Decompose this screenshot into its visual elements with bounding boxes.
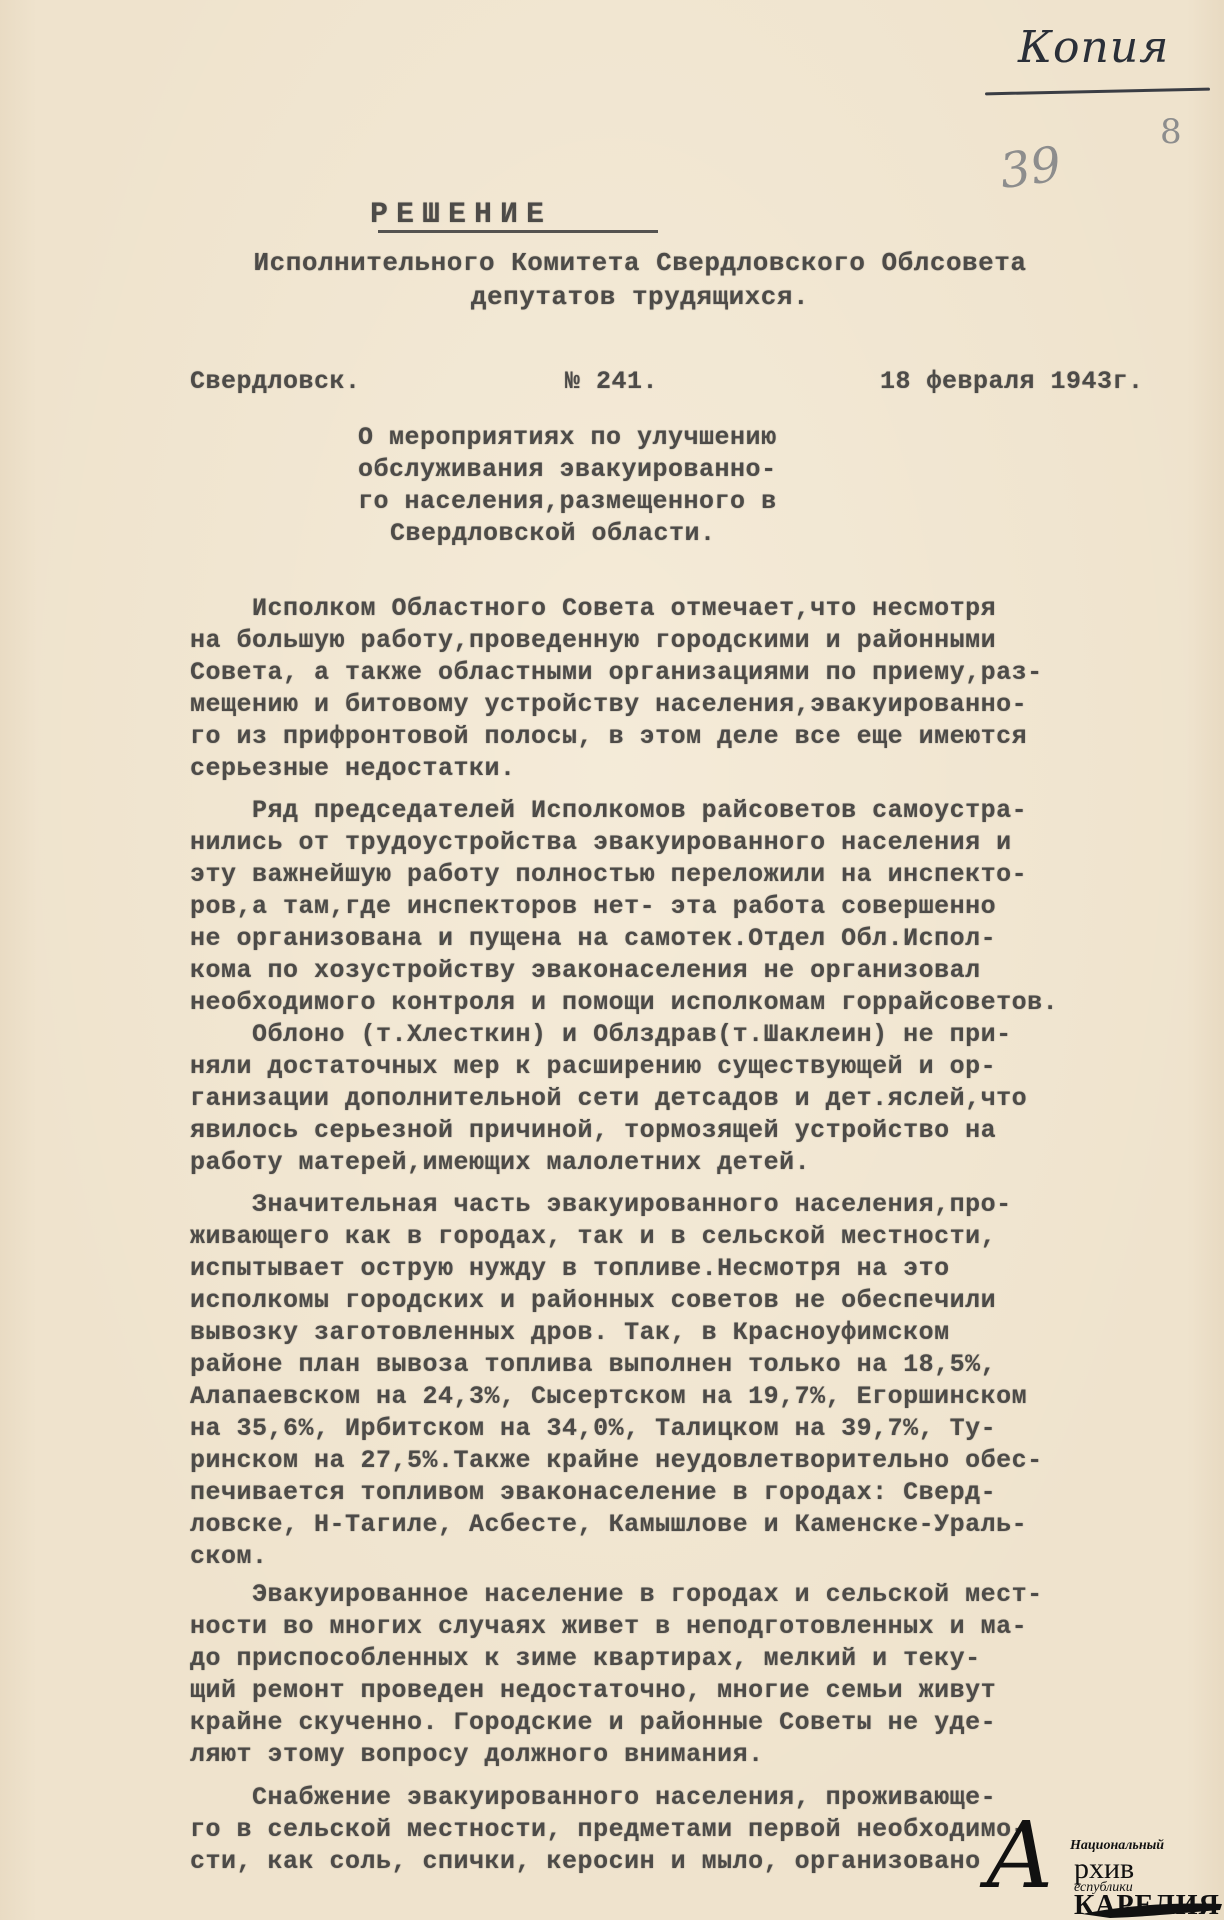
- body-line: Эвакуированное население в городах и сел…: [190, 1580, 1043, 1609]
- body-line: ловске, Н-Тагиле, Асбесте, Камышлове и К…: [190, 1510, 1027, 1539]
- body-line: работу матерей,имеющих малолетних детей.: [190, 1148, 810, 1177]
- body-line: ляют этому вопросу должного внимания.: [190, 1740, 764, 1769]
- body-line: щий ремонт проведен недостаточно, многие…: [190, 1676, 996, 1705]
- title-underline: [378, 230, 658, 233]
- body-line: на 35,6%, Ирбитском на 34,0%, Талицком н…: [190, 1414, 996, 1443]
- body-line: до приспособленных к зиме квартирах, мел…: [190, 1644, 981, 1673]
- subject-line: О мероприятиях по улучшению: [358, 423, 777, 452]
- body-line: мещению и битовому устройству населения,…: [190, 690, 1027, 719]
- body-line: кома по хозустройству эваконаселения не …: [190, 956, 981, 985]
- body-line: ности во многих случаях живет в неподгот…: [190, 1612, 1027, 1641]
- body-line: ров,а там,где инспекторов нет- эта работ…: [190, 892, 996, 921]
- pencil-sheet-number: 8: [1160, 112, 1182, 152]
- body-line: сти, как соль, спички, керосин и мыло, о…: [190, 1847, 981, 1876]
- body-line: Облоно (т.Хлесткин) и Облздрав(т.Шаклеин…: [190, 1020, 1012, 1049]
- subject-line: го населения,размещенного в: [358, 487, 777, 516]
- body-line: го в сельской местности, предметами перв…: [190, 1815, 1027, 1844]
- body-line: крайне скученно. Городские и районные Со…: [190, 1708, 996, 1737]
- body-line: эту важнейшую работу полностью переложил…: [190, 860, 1027, 889]
- body-line: Совета, а также областными организациями…: [190, 658, 1043, 687]
- subject-line: Свердловской области.: [390, 519, 716, 548]
- subject-line: обслуживания эвакуированно-: [358, 455, 777, 484]
- body-line: Исполком Областного Совета отмечает,что …: [190, 594, 996, 623]
- body-line: Ряд председателей Исполкомов райсоветов …: [190, 796, 1027, 825]
- issuer-line-2: депутатов трудящихся.: [28, 282, 1224, 312]
- body-line: серьезные недостатки.: [190, 754, 516, 783]
- body-line: Снабжение эвакуированного населения, про…: [190, 1783, 996, 1812]
- body-line: вывозку заготовленных дров. Так, в Красн…: [190, 1318, 950, 1347]
- body-line: явилось серьезной причиной, тормозящей у…: [190, 1116, 996, 1145]
- body-line: ганизации дополнительной сети детсадов и…: [190, 1084, 1027, 1113]
- feather-icon: [1080, 1900, 1224, 1920]
- logo-monogram: А: [985, 1810, 1055, 1902]
- body-line: живающего как в городах, так и в сельско…: [190, 1222, 996, 1251]
- issuer-line-1: Исполнительного Комитета Свердловского О…: [28, 248, 1224, 278]
- body-line: печивается топливом эваконаселение в гор…: [190, 1478, 996, 1507]
- body-line: го из прифронтовой полосы, в этом деле в…: [190, 722, 1027, 751]
- document-title: РЕШЕНИЕ: [370, 198, 552, 232]
- body-line: испытывает острую нужду в топливе.Несмот…: [190, 1254, 950, 1283]
- body-line: не организована и пущена на самотек.Отде…: [190, 924, 996, 953]
- body-line: ринском на 27,5%.Также крайне неудовлетв…: [190, 1446, 1043, 1475]
- copy-handwritten-mark: Копия: [1018, 22, 1169, 73]
- body-line: Значительная часть эвакуированного насел…: [190, 1190, 1012, 1219]
- pencil-page-number: 39: [996, 136, 1064, 200]
- body-line: необходимого контроля и помощи исполкома…: [190, 988, 1058, 1017]
- document-date: 18 февраля 1943г.: [880, 367, 1144, 396]
- body-line: Алапаевском на 24,3%, Сысертском на 19,7…: [190, 1382, 1027, 1411]
- body-line: районе план вывоза топлива выполнен толь…: [190, 1350, 996, 1379]
- body-line: ском.: [190, 1542, 268, 1571]
- body-line: нились от трудоустройства эвакуированног…: [190, 828, 1012, 857]
- document-number: № 241.: [565, 367, 658, 396]
- document-place: Свердловск.: [190, 367, 361, 396]
- body-line: исполкомы городских и районных советов н…: [190, 1286, 996, 1315]
- body-line: няли достаточных мер к расширению сущест…: [190, 1052, 996, 1081]
- body-line: на большую работу,проведенную городскими…: [190, 626, 996, 655]
